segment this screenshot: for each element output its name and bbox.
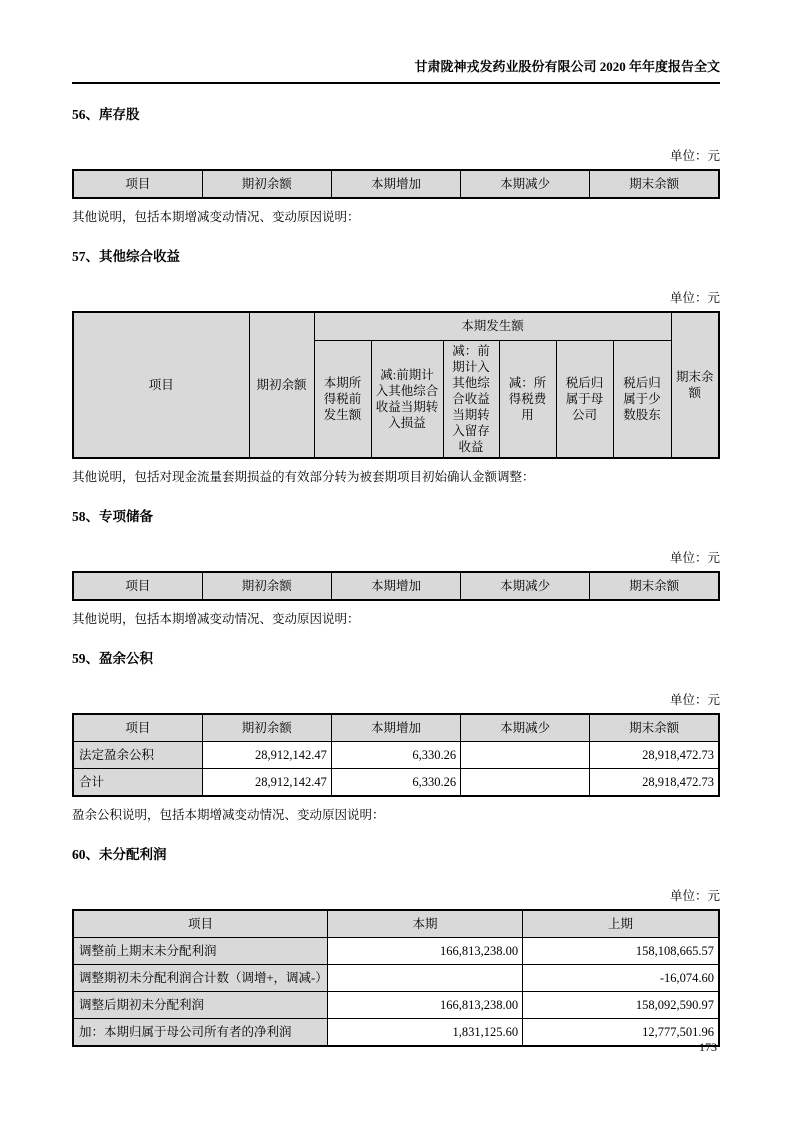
header-cell-item: 项目: [73, 312, 249, 458]
row-label: 调整前上期末未分配利润: [73, 938, 328, 965]
header-cell-current-period-amount: 本期发生额: [314, 312, 671, 340]
section-59-title: 59、盈余公积: [72, 650, 720, 668]
value-opening-balance: 28,912,142.47: [202, 742, 331, 769]
value-increase: 6,330.26: [331, 769, 460, 796]
header-cell-increase: 本期增加: [331, 572, 460, 600]
section-56-title: 56、库存股: [72, 106, 720, 124]
table-row-total: 合计 28,912,142.47 6,330.26 28,918,472.73: [73, 769, 719, 796]
value-increase: 6,330.26: [331, 742, 460, 769]
row-label: 调整期初未分配利润合计数（调增+，调减-）: [73, 965, 328, 992]
header-cell-item: 项目: [73, 170, 202, 198]
section-56-unit-label: 单位：元: [72, 148, 720, 165]
value-prior-period: 158,108,665.57: [523, 938, 719, 965]
header-cell-opening-balance: 期初余额: [202, 572, 331, 600]
report-page: 甘肃陇神戎发药业股份有限公司 2020 年年度报告全文 56、库存股 单位：元 …: [0, 0, 793, 1122]
undistributed-profit-table: 项目 本期 上期 调整前上期末未分配利润 166,813,238.00 158,…: [72, 909, 720, 1047]
section-58-title: 58、专项储备: [72, 508, 720, 526]
header-cell-opening-balance: 期初余额: [202, 714, 331, 742]
table-row-adjustment-total: 调整期初未分配利润合计数（调增+，调减-） -16,074.60: [73, 965, 719, 992]
table-header-row: 项目 本期 上期: [73, 910, 719, 938]
subheader-transfer-to-retained-earnings: 减：前期计入其他综合收益当期转入留存收益: [443, 340, 499, 458]
table-header-row: 项目 期初余额 本期发生额 期末余额: [73, 312, 719, 340]
section-57-note: 其他说明，包括对现金流量套期损益的有效部分转为被套期项目初始确认金额调整：: [72, 469, 720, 486]
header-cell-decrease: 本期减少: [461, 572, 590, 600]
row-label: 加：本期归属于母公司所有者的净利润: [73, 1019, 328, 1046]
header-cell-item: 项目: [73, 714, 202, 742]
header-cell-increase: 本期增加: [331, 170, 460, 198]
header-cell-item: 项目: [73, 572, 202, 600]
special-reserve-table: 项目 期初余额 本期增加 本期减少 期末余额: [72, 571, 720, 601]
value-current-period: 166,813,238.00: [328, 992, 523, 1019]
other-comprehensive-income-table: 项目 期初余额 本期发生额 期末余额 本期所得税前发生额 减:前期计入其他综合收…: [72, 311, 720, 459]
surplus-reserve-table: 项目 期初余额 本期增加 本期减少 期末余额 法定盈余公积 28,912,142…: [72, 713, 720, 797]
section-57-title: 57、其他综合收益: [72, 248, 720, 266]
subheader-pretax-amount: 本期所得税前发生额: [314, 340, 371, 458]
value-opening-balance: 28,912,142.47: [202, 769, 331, 796]
row-label: 调整后期初未分配利润: [73, 992, 328, 1019]
header-cell-opening-balance: 期初余额: [202, 170, 331, 198]
value-current-period: 166,813,238.00: [328, 938, 523, 965]
section-58-note: 其他说明，包括本期增减变动情况、变动原因说明：: [72, 611, 720, 628]
table-header-row: 项目 期初余额 本期增加 本期减少 期末余额: [73, 714, 719, 742]
section-60-title: 60、未分配利润: [72, 846, 720, 864]
section-58-unit-label: 单位：元: [72, 550, 720, 567]
value-decrease: [461, 742, 590, 769]
value-decrease: [461, 769, 590, 796]
header-cell-prior-period: 上期: [523, 910, 719, 938]
page-number: 173: [699, 1040, 717, 1055]
header-cell-closing-balance: 期末余额: [590, 572, 719, 600]
value-prior-period: -16,074.60: [523, 965, 719, 992]
header-cell-closing-balance: 期末余额: [590, 170, 719, 198]
header-cell-current-period: 本期: [328, 910, 523, 938]
section-59-note: 盈余公积说明，包括本期增减变动情况、变动原因说明：: [72, 807, 720, 824]
row-label: 法定盈余公积: [73, 742, 202, 769]
table-row-pre-adjust-undistributed-profit: 调整前上期末未分配利润 166,813,238.00 158,108,665.5…: [73, 938, 719, 965]
report-header-title: 甘肃陇神戎发药业股份有限公司 2020 年年度报告全文: [72, 58, 720, 84]
table-row-post-adjust-undistributed-profit: 调整后期初未分配利润 166,813,238.00 158,092,590.97: [73, 992, 719, 1019]
subheader-transfer-to-profit-loss: 减:前期计入其他综合收益当期转入损益: [371, 340, 443, 458]
header-cell-item: 项目: [73, 910, 328, 938]
header-cell-decrease: 本期减少: [461, 714, 590, 742]
section-56-note: 其他说明，包括本期增减变动情况、变动原因说明：: [72, 209, 720, 226]
value-prior-period: 12,777,501.96: [523, 1019, 719, 1046]
value-closing-balance: 28,918,472.73: [590, 769, 719, 796]
treasury-stock-table: 项目 期初余额 本期增加 本期减少 期末余额: [72, 169, 720, 199]
value-current-period: 1,831,125.60: [328, 1019, 523, 1046]
table-header-row: 项目 期初余额 本期增加 本期减少 期末余额: [73, 572, 719, 600]
section-57-unit-label: 单位：元: [72, 290, 720, 307]
header-cell-closing-balance: 期末余额: [671, 312, 719, 458]
table-row-net-profit-attributable-to-parent: 加：本期归属于母公司所有者的净利润 1,831,125.60 12,777,50…: [73, 1019, 719, 1046]
row-label: 合计: [73, 769, 202, 796]
subheader-attributable-to-parent: 税后归属于母公司: [556, 340, 613, 458]
table-row-statutory-surplus-reserve: 法定盈余公积 28,912,142.47 6,330.26 28,918,472…: [73, 742, 719, 769]
header-cell-opening-balance: 期初余额: [249, 312, 314, 458]
value-current-period: [328, 965, 523, 992]
table-header-row: 项目 期初余额 本期增加 本期减少 期末余额: [73, 170, 719, 198]
header-cell-increase: 本期增加: [331, 714, 460, 742]
header-cell-decrease: 本期减少: [461, 170, 590, 198]
value-prior-period: 158,092,590.97: [523, 992, 719, 1019]
value-closing-balance: 28,918,472.73: [590, 742, 719, 769]
subheader-attributable-to-minority: 税后归属于少数股东: [613, 340, 671, 458]
section-60-unit-label: 单位：元: [72, 888, 720, 905]
header-cell-closing-balance: 期末余额: [590, 714, 719, 742]
section-59-unit-label: 单位：元: [72, 692, 720, 709]
subheader-income-tax-expense: 减：所得税费用: [499, 340, 556, 458]
